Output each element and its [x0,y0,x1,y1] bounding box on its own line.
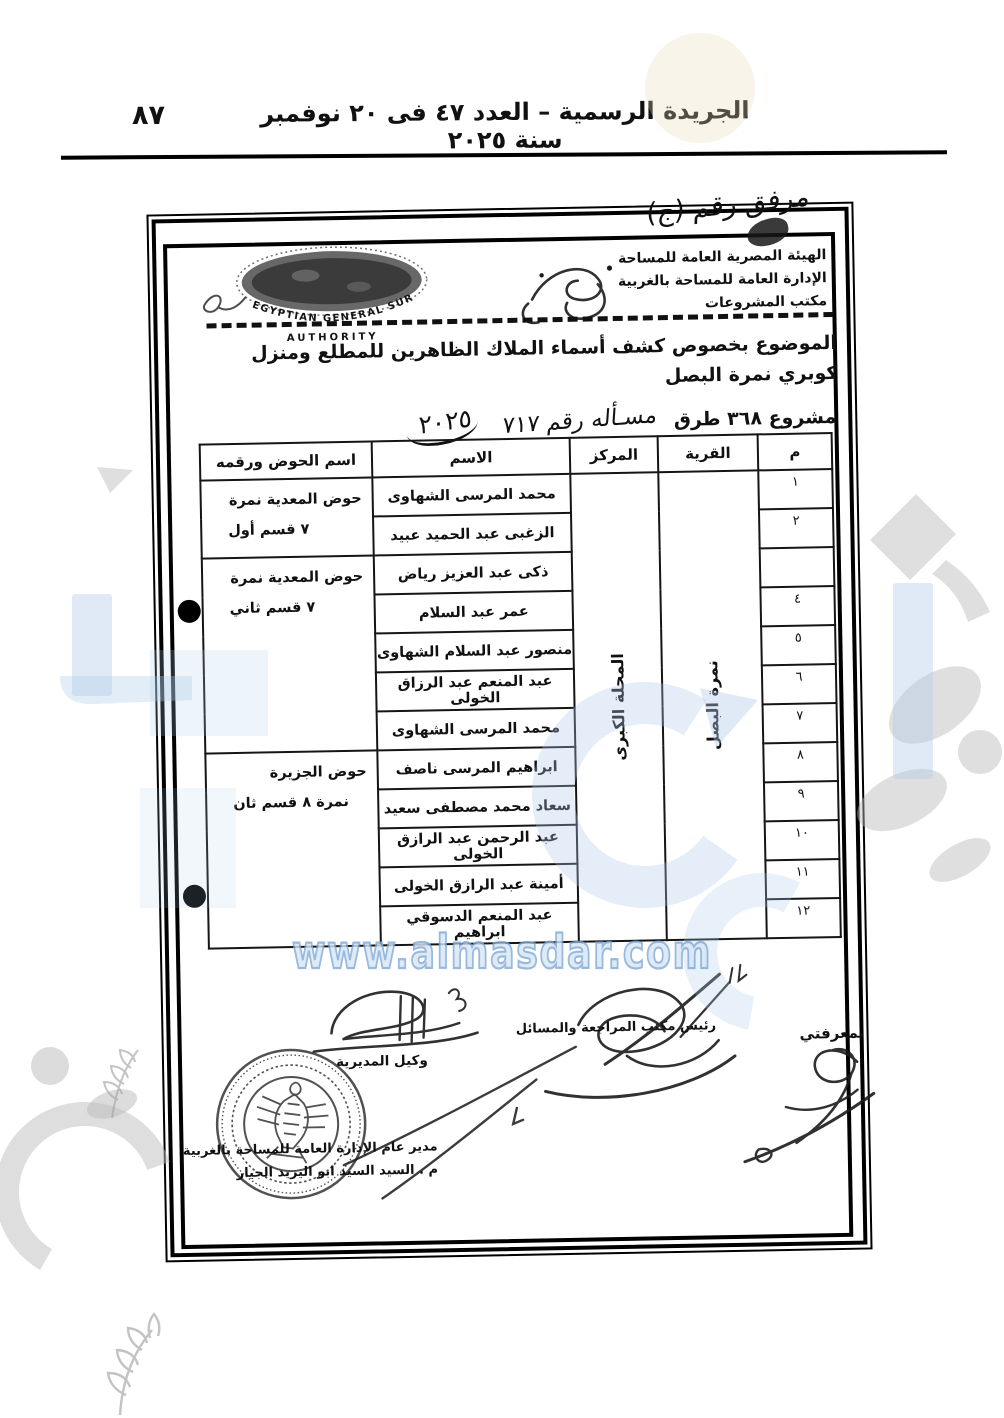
basin-line-2: نمرة ٨ قسم ثان [211,794,367,813]
director-block: مدير عام الإدارة العامة للمساحة بالغربية… [181,1135,438,1186]
agency-letterhead: الهيئة المصرية العامة للمساحة الإدارة ال… [617,244,827,317]
owner-name: منصور عبد السلام الشهاوى [375,630,574,673]
basin-line-1: حوض المعدية نمرة [230,569,363,587]
gazette-page: { "header": { "gazette_title": "الجريدة … [0,0,1004,1418]
gray-calligraphy-right [848,494,1002,891]
row-no: ١٠ [765,820,840,860]
scanned-document: مرفق رقم (ج) الهيئة المصرية العامة للمسا… [146,202,872,1263]
egsa-oval-stamp-icon: EGYPTIAN GENERAL SURVEY AUTHORITY [193,243,445,348]
owner-name: ابراهيم المرسى ناصف [377,747,576,790]
row-no: ٨ [763,742,838,782]
owner-name: الزغبى عبد الحميد عبيد [373,513,572,556]
gazette-header-title: الجريدة الرسمية – العدد ٤٧ فى ٢٠ نوفمبر … [250,96,760,156]
basin-line-1: حوض الجزيرة [270,764,367,782]
village-cell: نمرة البصل [658,470,767,940]
owner-name: عبد المنعم الدسوقي ابراهيم [380,903,579,946]
row-no: ٥ [761,625,836,665]
row-no [760,547,835,587]
col-header-basin: اسم الحوض ورقمه [200,441,373,480]
director-name: م . السيد السيد ابو اليزيد الجيار [182,1158,438,1186]
row-no: ٧ [763,703,838,743]
village-vertical-text: نمرة البصل [702,660,723,750]
owner-name: أمينة عبد الرازق الخولى [379,864,578,907]
owner-name: عبد المنعم عبد الرزاق الخولى [376,669,575,712]
basin-cell: حوض الجزيرة نمرة ٨ قسم ثان [205,750,381,948]
wheat-branch-icon [104,1050,138,1118]
handwritten-diagonal-strokes [303,1008,607,1233]
approved-by-signature [729,1035,891,1168]
owner-name: عبد الرحمن عبد الرازق الخولى [379,825,578,868]
basin-cell: حوض المعدية نمرة ٧ قسم أول [200,477,373,558]
owners-table: م القرية المركز الاسم اسم الحوض ورقمه ١ … [199,432,842,950]
row-no: ٦ [762,664,837,704]
subject-block: الموضوع بخصوص كشف أسماء الملاك الظاهرين … [189,328,839,441]
subject-printed-part: مشروع ٣٦٨ طرق [674,406,837,431]
basin-line-1: حوض المعدية نمرة [229,491,362,509]
row-no: ١١ [765,859,840,899]
wheat-branch-icon [108,1314,159,1415]
subject-handwritten-year: ٢٠٢٥ [418,403,472,440]
page-number: ٨٧ [132,100,165,131]
col-header-village: القرية [658,434,759,472]
owner-name: ذكى عبد العزيز رياض [374,552,573,595]
basin-line-2: ٧ قسم ثاني [208,599,364,618]
row-no: ٢ [759,508,834,548]
district-cell: المحلة الكبرى [570,472,667,942]
subject-line-1: الموضوع بخصوص كشف أسماء الملاك الظاهرين … [189,328,838,400]
col-header-district: المركز [570,436,659,474]
row-no: ٩ [764,781,839,821]
owner-name: سعاد محمد مصطفى سعيد [378,786,577,829]
row-no: ١٢ [766,898,841,938]
owner-name: محمد المرسى الشهاوى [372,474,571,517]
owner-name: محمد المرسى الشهاوى [377,708,576,751]
basin-line-2: ٧ قسم أول [206,521,362,540]
row-no: ١ [758,469,833,509]
col-header-name: الاسم [372,438,571,478]
col-header-no: م [758,433,833,470]
row-no: ٤ [760,586,835,626]
owner-name: عمر عبد السلام [374,591,573,634]
district-vertical-text: المحلة الكبرى [608,653,629,761]
basin-cell: حوض المعدية نمرة ٧ قسم ثاني [202,555,378,753]
